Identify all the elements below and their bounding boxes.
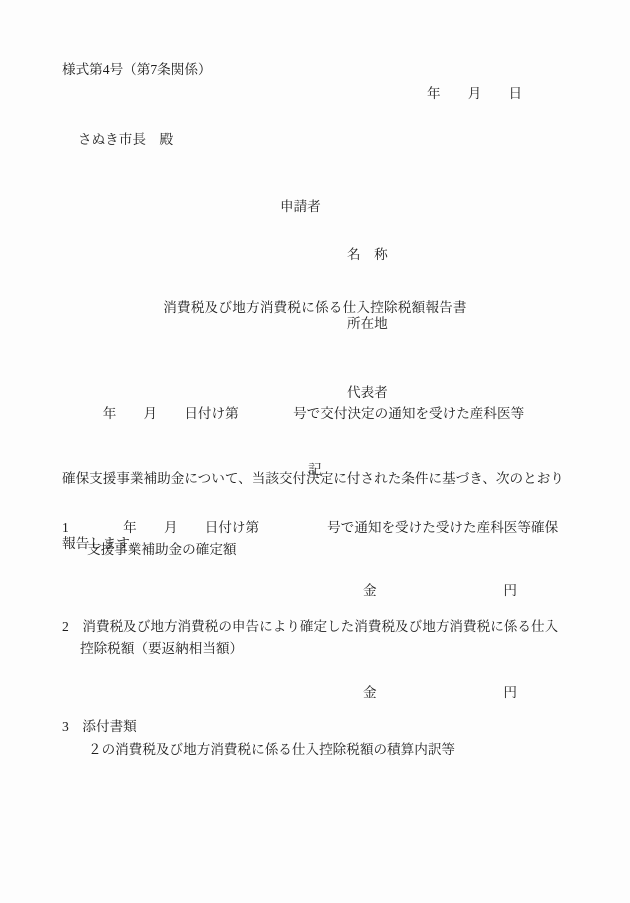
date-line: 年 月 日 (427, 87, 522, 101)
item1-line-1: 1 年 月 日付け第 号で通知を受けた受けた産科医等確保 (62, 521, 558, 535)
document-title: 消費税及び地方消費税に係る仕入控除税額報告書 (0, 301, 630, 315)
applicant-address-label: 所在地 (347, 312, 388, 335)
item3-line-2: ２の消費税及び地方消費税に係る仕入控除税額の積算内訳等 (88, 743, 455, 757)
item2-line-2: 控除税額（要返納相当額） (80, 642, 243, 656)
form-page: 様式第4号（第7条関係） 年 月 日 さぬき市長 殿 申請者 名 称 所在地 代… (0, 0, 630, 903)
intro-paragraph: 年 月 日付け第 号で交付決定の通知を受けた産科医等 確保支援事業補助金について… (62, 360, 564, 598)
applicant-label: 申請者 (280, 200, 321, 214)
applicant-name-label: 名 称 (347, 243, 388, 266)
item2-amount-suffix: 円 (503, 686, 517, 700)
recipient-line: さぬき市長 殿 (78, 133, 173, 147)
intro-line-1: 年 月 日付け第 号で交付決定の通知を受けた産科医等 (62, 403, 564, 425)
item2-amount-prefix: 金 (363, 686, 377, 700)
list-marker: 記 (0, 463, 630, 477)
item1-amount-row: 金 円 (363, 584, 517, 598)
item3-line-1: 3 添付書類 (62, 720, 137, 734)
item1-line-2: 支援事業補助金の確定額 (87, 543, 237, 557)
item2-amount-row: 金 円 (363, 686, 517, 700)
item1-amount-prefix: 金 (363, 584, 377, 598)
form-number: 様式第4号（第7条関係） (62, 63, 212, 77)
item2-line-1: 2 消費税及び地方消費税の申告により確定した消費税及び地方消費税に係る仕入 (62, 620, 558, 634)
item1-amount-suffix: 円 (503, 584, 517, 598)
